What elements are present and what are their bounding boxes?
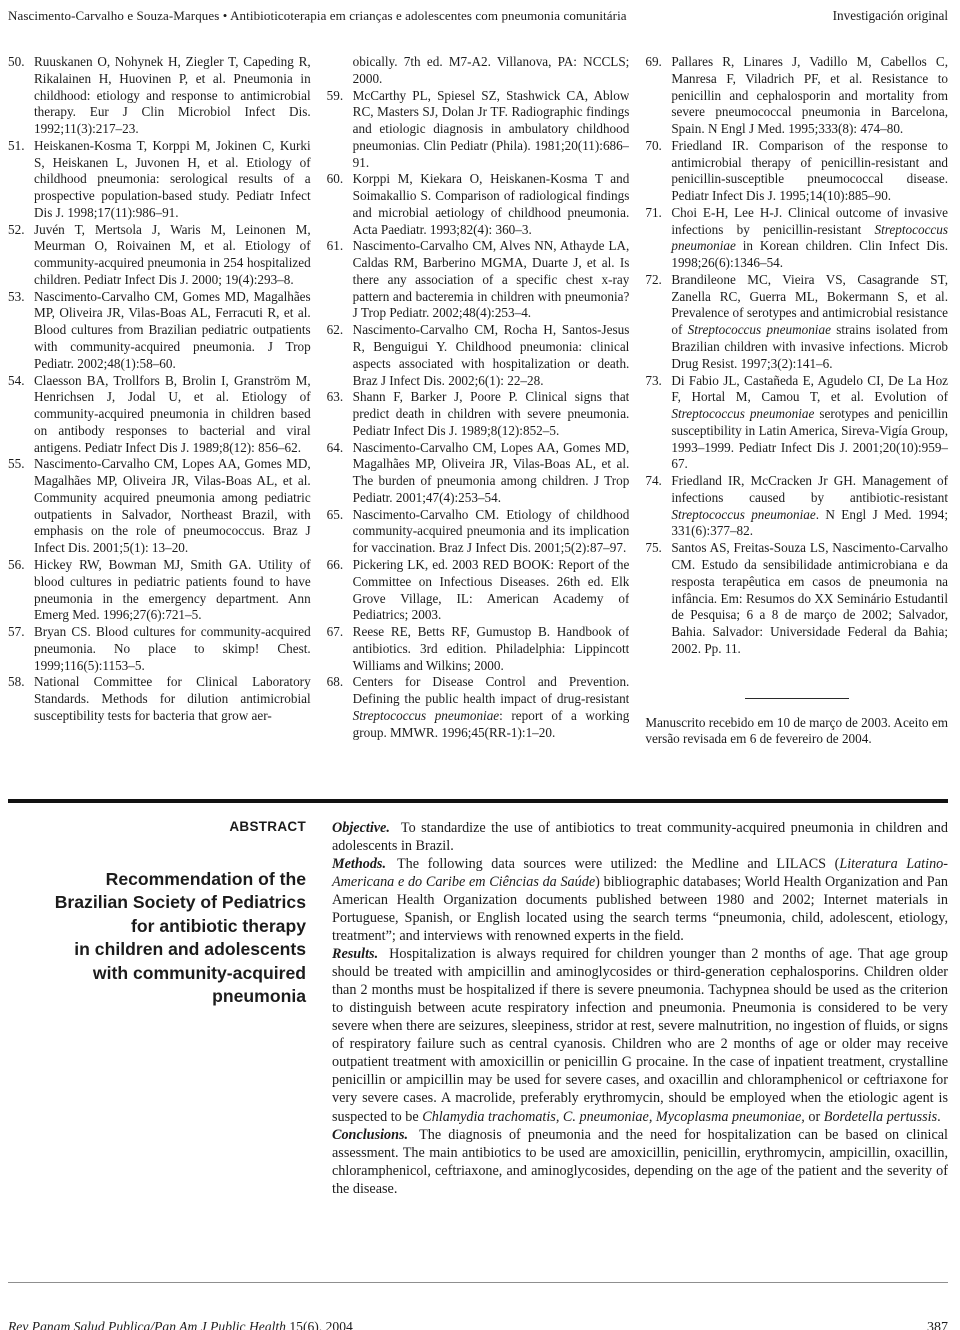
abstract-paragraph-lead: Conclusions. [332, 1127, 408, 1143]
reference-text: Choi E-H, Lee H-J. Clinical outcome of i… [671, 205, 948, 272]
reference-item: 70.Friedland IR. Comparison of the respo… [645, 138, 948, 205]
page-footer: Rev Panam Salud Publica/Pan Am J Public … [8, 1319, 948, 1330]
reference-text: Shann F, Barker J, Poore P. Clinical sig… [353, 389, 630, 439]
reference-text: National Committee for Clinical Laborato… [34, 674, 311, 724]
reference-continuation: obically. 7th ed. M7-A2. Villanova, PA: … [327, 54, 630, 88]
reference-item: 54.Claesson BA, Trollfors B, Brolin I, G… [8, 373, 311, 457]
abstract-paragraph-lead: Objective. [332, 820, 390, 836]
reference-column-3: 69.Pallares R, Linares J, Vadillo M, Cab… [645, 54, 948, 790]
reference-item: 68.Centers for Disease Control and Preve… [327, 674, 630, 741]
reference-item: 75.Santos AS, Freitas-Souza LS, Nascimen… [645, 540, 948, 657]
reference-item: 66.Pickering LK, ed. 2003 RED BOOK: Repo… [327, 557, 630, 624]
reference-item: 55.Nascimento-Carvalho CM, Lopes AA, Gom… [8, 456, 311, 557]
reference-number: 66. [327, 557, 353, 624]
reference-text: Nascimento-Carvalho CM, Lopes AA, Gomes … [353, 440, 630, 507]
page-number: 387 [927, 1320, 948, 1330]
reference-item: 60.Korppi M, Kiekara O, Heiskanen-Kosma … [327, 171, 630, 238]
reference-text: McCarthy PL, Spiesel SZ, Stashwick CA, A… [353, 88, 630, 172]
reference-item: 63.Shann F, Barker J, Poore P. Clinical … [327, 389, 630, 439]
abstract-paragraph: Methods.The following data sources were … [332, 855, 948, 945]
reference-text: Nascimento-Carvalho CM. Etiology of chil… [353, 507, 630, 557]
section-divider-thick [8, 799, 948, 803]
manuscript-note: Manuscrito recebido em 10 de março de 20… [645, 715, 948, 749]
reference-column-1: 50.Ruuskanen O, Nohynek H, Ziegler T, Ca… [8, 54, 311, 790]
reference-text: Santos AS, Freitas-Souza LS, Nascimento-… [671, 540, 948, 657]
reference-number: 62. [327, 322, 353, 389]
reference-item: 65.Nascimento-Carvalho CM. Etiology of c… [327, 507, 630, 557]
section-label: Investigación original [833, 8, 948, 24]
reference-number: 50. [8, 54, 34, 138]
reference-item: 50.Ruuskanen O, Nohynek H, Ziegler T, Ca… [8, 54, 311, 138]
reference-number: 59. [327, 88, 353, 172]
reference-text: Centers for Disease Control and Preventi… [353, 674, 630, 741]
reference-number: 54. [8, 373, 34, 457]
reference-number: 72. [645, 272, 671, 373]
reference-number: 75. [645, 540, 671, 657]
abstract-title-block: ABSTRACT Recommendation of the Brazilian… [8, 819, 306, 1271]
reference-text: Nascimento-Carvalho CM, Lopes AA, Gomes … [34, 456, 311, 557]
reference-number: 68. [327, 674, 353, 741]
reference-item: 51.Heiskanen-Kosma T, Korppi M, Jokinen … [8, 138, 311, 222]
abstract-paragraph-lead: Results. [332, 946, 378, 962]
reference-number: 57. [8, 624, 34, 674]
journal-citation: Rev Panam Salud Publica/Pan Am J Public … [8, 1319, 353, 1330]
reference-text: Claesson BA, Trollfors B, Brolin I, Gran… [34, 373, 311, 457]
running-head-authors-title: Nascimento-Carvalho e Souza-Marques • An… [8, 8, 627, 24]
reference-number: 53. [8, 289, 34, 373]
reference-number: 61. [327, 238, 353, 322]
reference-list: 50.Ruuskanen O, Nohynek H, Ziegler T, Ca… [8, 54, 948, 790]
reference-text: Friedland IR, McCracken Jr GH. Managemen… [671, 473, 948, 540]
abstract-title: Recommendation of the Brazilian Society … [8, 868, 306, 1008]
abstract-paragraph: Results.Hospitalization is always requir… [332, 945, 948, 1125]
reference-item: 53.Nascimento-Carvalho CM, Gomes MD, Mag… [8, 289, 311, 373]
reference-item: 67.Reese RE, Betts RF, Gumustop B. Handb… [327, 624, 630, 674]
running-head: Nascimento-Carvalho e Souza-Marques • An… [8, 8, 948, 24]
reference-number: 51. [8, 138, 34, 222]
reference-item: 71.Choi E-H, Lee H-J. Clinical outcome o… [645, 205, 948, 272]
abstract-label: ABSTRACT [8, 819, 306, 834]
reference-text: Juvén T, Mertsola J, Waris M, Leinonen M… [34, 222, 311, 289]
reference-text: Di Fabio JL, Castañeda E, Agudelo CI, De… [671, 373, 948, 474]
reference-number: 64. [327, 440, 353, 507]
reference-number: 67. [327, 624, 353, 674]
reference-number: 58. [8, 674, 34, 724]
reference-item: 69.Pallares R, Linares J, Vadillo M, Cab… [645, 54, 948, 138]
abstract-section: ABSTRACT Recommendation of the Brazilian… [8, 819, 948, 1271]
reference-text: Nascimento-Carvalho CM, Gomes MD, Magalh… [34, 289, 311, 373]
reference-item: 56.Hickey RW, Bowman MJ, Smith GA. Utili… [8, 557, 311, 624]
abstract-paragraph: Conclusions.The diagnosis of pneumonia a… [332, 1126, 948, 1198]
reference-text: Ruuskanen O, Nohynek H, Ziegler T, Caped… [34, 54, 311, 138]
reference-text: Korppi M, Kiekara O, Heiskanen-Kosma T a… [353, 171, 630, 238]
reference-text: Brandileone MC, Vieira VS, Casagrande ST… [671, 272, 948, 373]
reference-item: 58.National Committee for Clinical Labor… [8, 674, 311, 724]
journal-issue: 15(6), 2004 [286, 1319, 353, 1330]
abstract-paragraph: Objective.To standardize the use of anti… [332, 819, 948, 855]
reference-text: Bryan CS. Blood cultures for community-a… [34, 624, 311, 674]
reference-number: 63. [327, 389, 353, 439]
reference-number: 73. [645, 373, 671, 474]
reference-number: 69. [645, 54, 671, 138]
reference-number: 52. [8, 222, 34, 289]
reference-column-2: obically. 7th ed. M7-A2. Villanova, PA: … [327, 54, 630, 790]
journal-name: Rev Panam Salud Publica/Pan Am J Public … [8, 1319, 286, 1330]
reference-text: Pickering LK, ed. 2003 RED BOOK: Report … [353, 557, 630, 624]
reference-number [327, 54, 353, 88]
manuscript-note-divider [745, 698, 849, 699]
reference-number: 74. [645, 473, 671, 540]
reference-text: Nascimento-Carvalho CM, Rocha H, Santos-… [353, 322, 630, 389]
journal-page: Nascimento-Carvalho e Souza-Marques • An… [0, 0, 960, 1330]
reference-text: Heiskanen-Kosma T, Korppi M, Jokinen C, … [34, 138, 311, 222]
reference-item: 57.Bryan CS. Blood cultures for communit… [8, 624, 311, 674]
reference-item: 62.Nascimento-Carvalho CM, Rocha H, Sant… [327, 322, 630, 389]
footer-divider [8, 1282, 948, 1283]
reference-text: Pallares R, Linares J, Vadillo M, Cabell… [671, 54, 948, 138]
reference-number: 56. [8, 557, 34, 624]
reference-item: 52.Juvén T, Mertsola J, Waris M, Leinone… [8, 222, 311, 289]
reference-item: 74.Friedland IR, McCracken Jr GH. Manage… [645, 473, 948, 540]
reference-text: Friedland IR. Comparison of the response… [671, 138, 948, 205]
reference-number: 70. [645, 138, 671, 205]
abstract-body: Objective.To standardize the use of anti… [332, 819, 948, 1271]
reference-item: 61.Nascimento-Carvalho CM, Alves NN, Ath… [327, 238, 630, 322]
reference-text: Reese RE, Betts RF, Gumustop B. Handbook… [353, 624, 630, 674]
reference-text: Hickey RW, Bowman MJ, Smith GA. Utility … [34, 557, 311, 624]
reference-number: 55. [8, 456, 34, 557]
reference-number: 65. [327, 507, 353, 557]
reference-item: 59.McCarthy PL, Spiesel SZ, Stashwick CA… [327, 88, 630, 172]
reference-item: 64.Nascimento-Carvalho CM, Lopes AA, Gom… [327, 440, 630, 507]
abstract-paragraph-lead: Methods. [332, 856, 386, 872]
reference-number: 60. [327, 171, 353, 238]
reference-number: 71. [645, 205, 671, 272]
reference-item: 72.Brandileone MC, Vieira VS, Casagrande… [645, 272, 948, 373]
reference-text: obically. 7th ed. M7-A2. Villanova, PA: … [353, 54, 630, 88]
reference-text: Nascimento-Carvalho CM, Alves NN, Athayd… [353, 238, 630, 322]
reference-item: 73.Di Fabio JL, Castañeda E, Agudelo CI,… [645, 373, 948, 474]
